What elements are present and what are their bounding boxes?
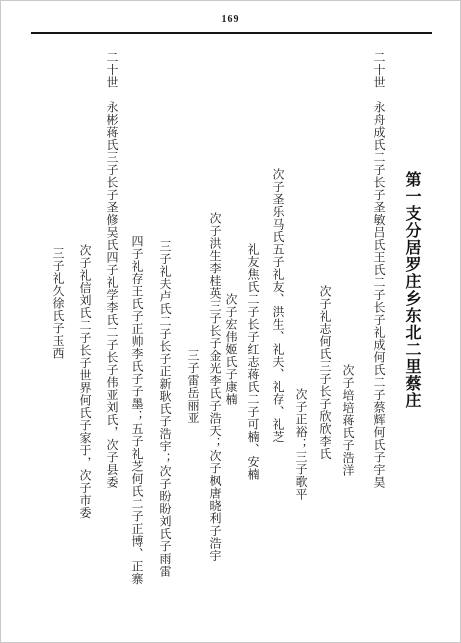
genealogy-column-9: 三子雷岳丽亚 — [187, 349, 199, 424]
genealogy-column-13: 次子礼信刘氏二子长子世界何氏子家于，次子市委 — [79, 244, 91, 519]
genealogy-column-6: 礼友焦氏二子长子红志蒋氏二子可楠、安楠 — [247, 243, 259, 481]
genealogy-column-7: 次子宏伟姬氏子康楠 — [225, 293, 237, 406]
genealogy-column-14: 三子礼久徐氏子玉西 — [52, 247, 64, 360]
genealogy-page: 169 第一支分居罗庄乡东北二里蔡庄 二十世 永舟成氏二子长子圣敏吕氏王氏二子长… — [0, 0, 461, 643]
genealogy-column-10: 三子礼夫卢氏二子长子正新耿氏子浩宇；次子盼盼刘氏子雨雷 — [159, 240, 171, 578]
genealogy-column-4: 次子正裕；三子歌平 — [295, 388, 307, 501]
section-title: 第一支分居罗庄乡东北二里蔡庄 — [403, 171, 419, 409]
genealogy-column-3: 次子礼志何氏三子长子欣欣李氏 — [319, 285, 331, 460]
genealogy-column-11: 四子礼存王氏子正帅李氏子子墨；五子礼芝何氏二子正博、正寨 — [131, 235, 143, 585]
genealogy-column-8: 次子洪生李桂英三子长子金光李氏子浩天；次子枫唐晓利子浩宇 — [209, 212, 221, 562]
genealogy-column-5: 次子圣乐马氏五子礼友、洪生、礼夫、礼存、礼芝 — [272, 168, 284, 443]
page-number: 169 — [1, 14, 460, 25]
genealogy-column-2: 次子培培蒋氏子浩洋 — [342, 364, 354, 477]
genealogy-column-12: 二十世 永彬蒋氏三子长子圣修吴氏四子礼学李氏二子长子伟亚刘氏，次子县委 — [106, 51, 118, 489]
genealogy-column-1: 二十世 永舟成氏二子长子圣敏吕氏王氏二子长子礼成何氏二子蔡辉何氏子宇昊 — [373, 51, 385, 489]
header-divider — [31, 32, 432, 34]
